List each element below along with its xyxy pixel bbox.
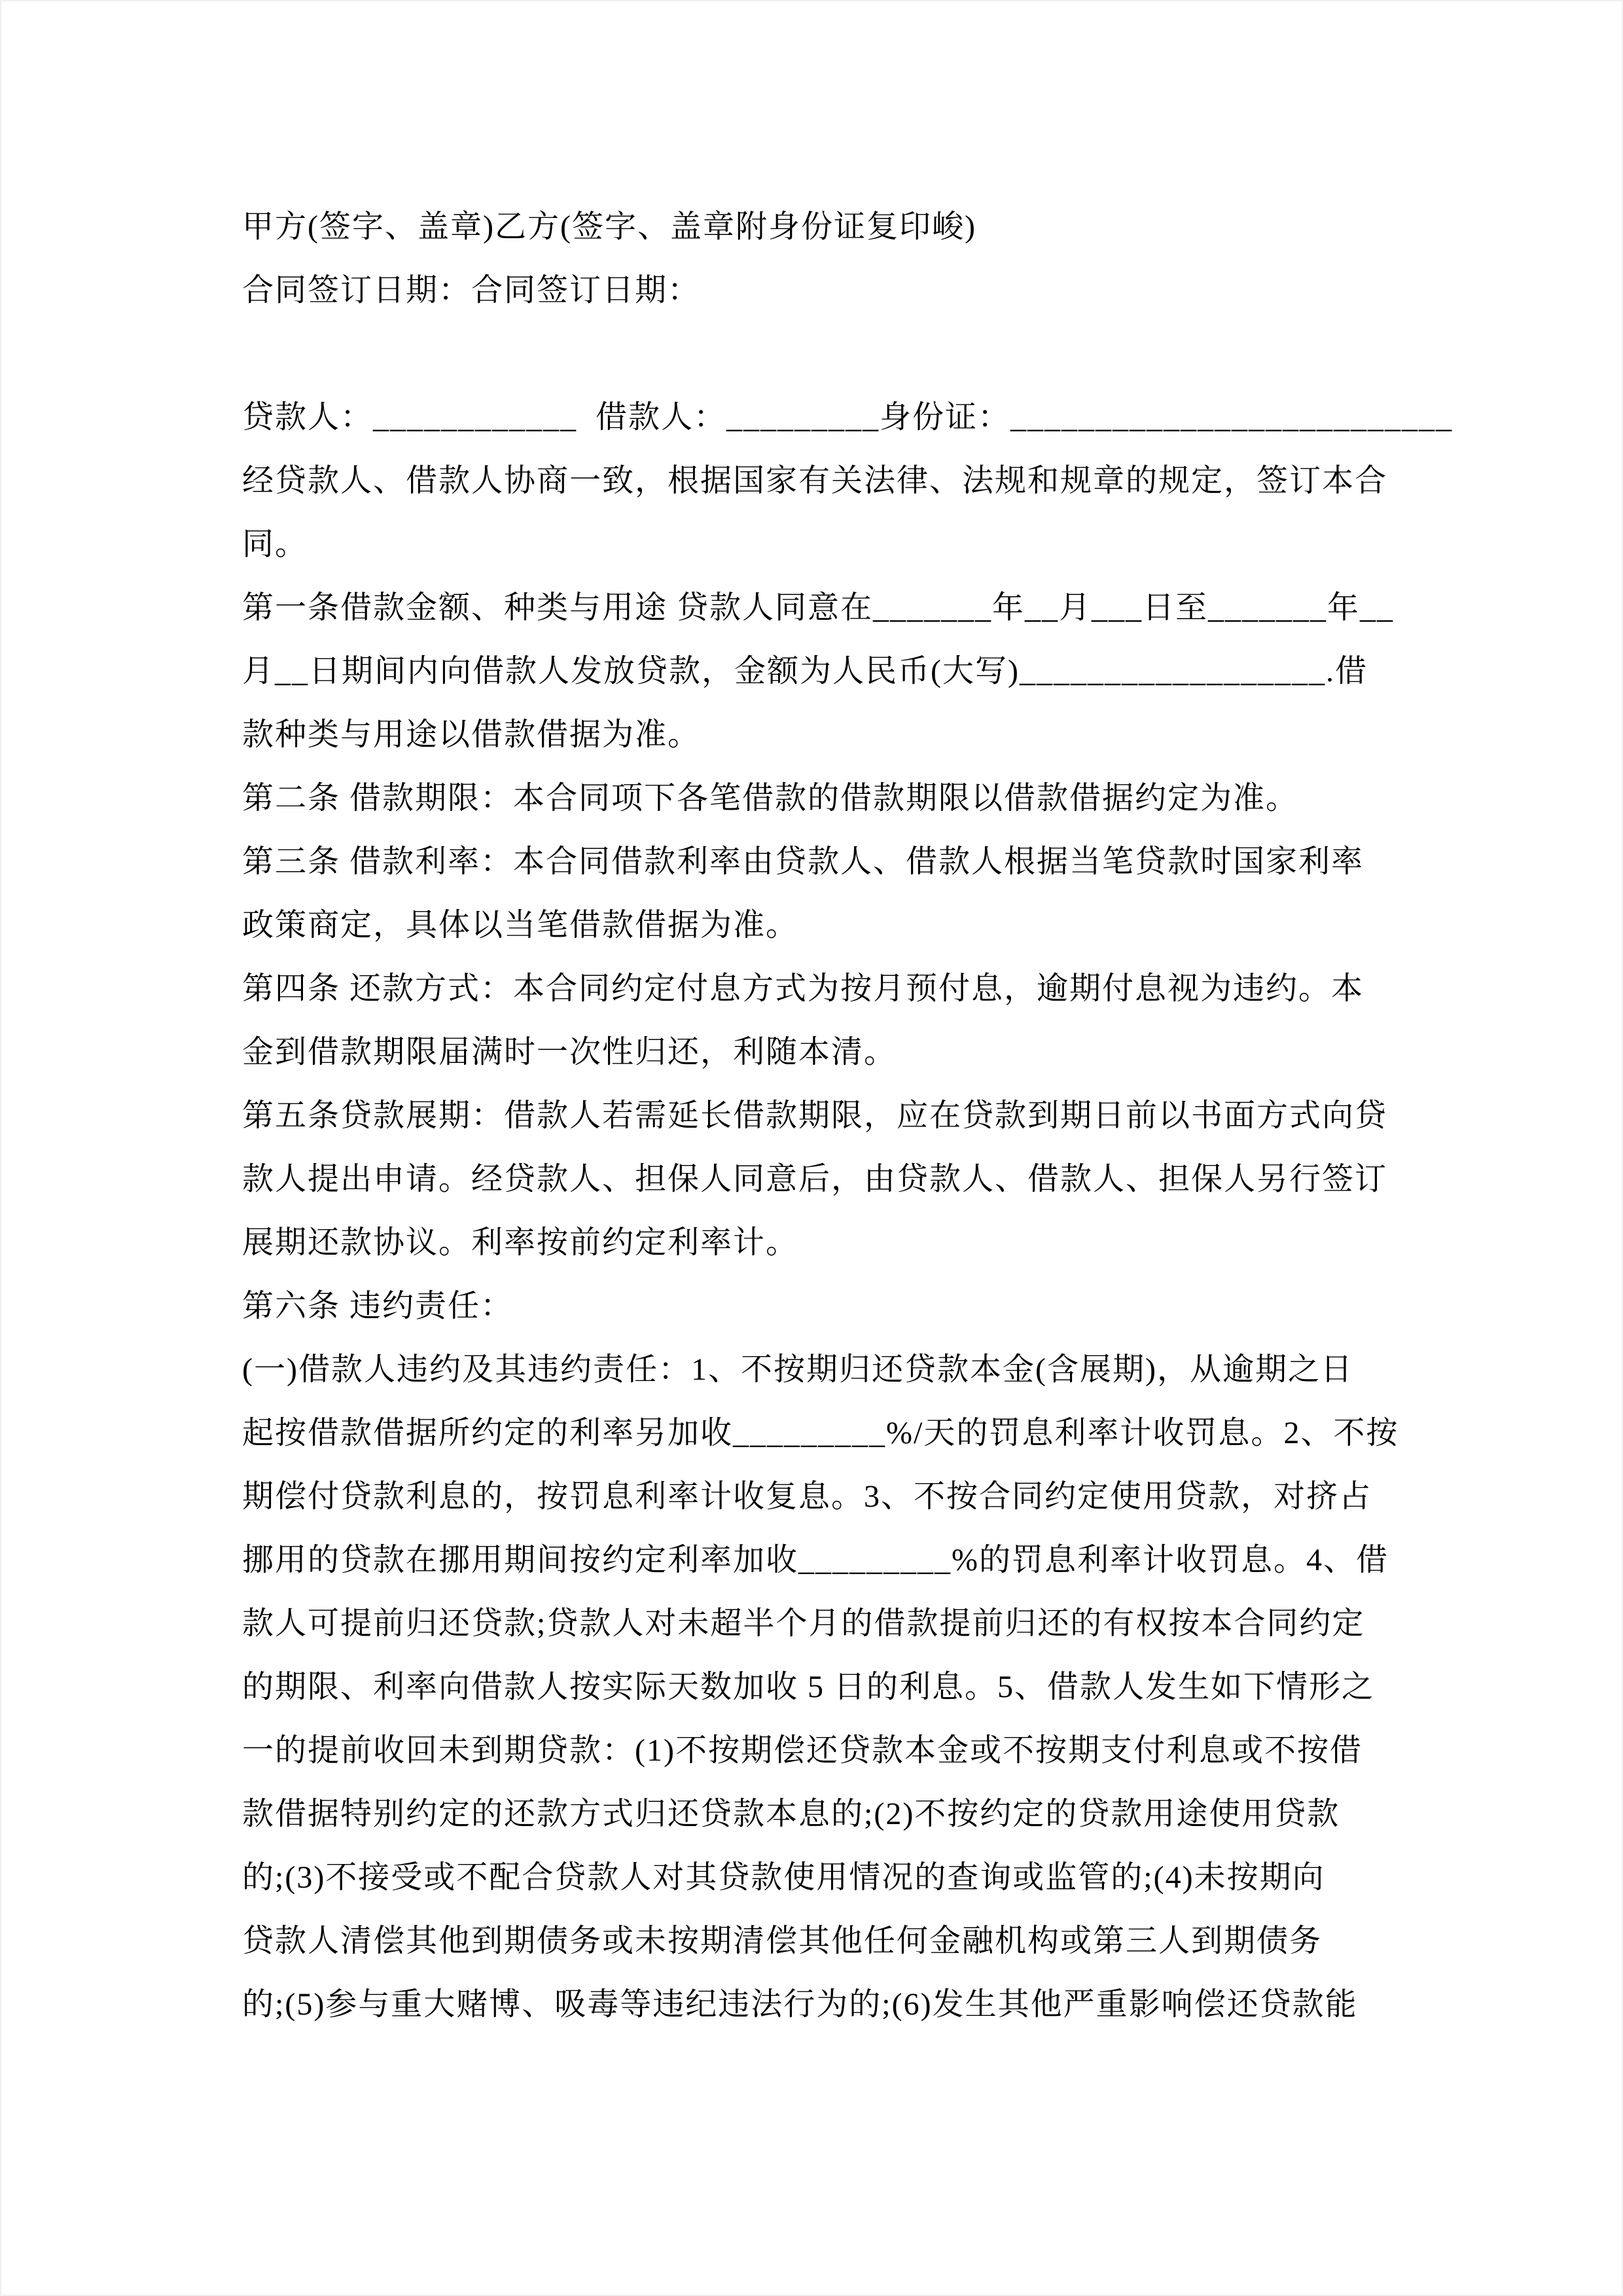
doc-line-article4-1: 第四条 还款方式：本合同约定付息方式为按月预付息，逾期付息视为违约。本 — [242, 957, 1394, 1020]
doc-line-article5-2: 款人提出申请。经贷款人、担保人同意后，由贷款人、借款人、担保人另行签订 — [242, 1147, 1394, 1211]
document-page: 甲方(签字、盖章)乙方(签字、盖章附身份证复印峻) 合同签订日期：合同签订日期：… — [0, 0, 1623, 2296]
doc-line-article1-2: 月__日期间内向借款人发放贷款，金额为人民币(大写)______________… — [242, 639, 1394, 703]
doc-line-article3-2: 政策商定，具体以当笔借款借据为准。 — [242, 893, 1394, 957]
doc-line-article6-1: (一)借款人违约及其违约责任：1、不按期归还贷款本金(含展期)，从逾期之日 — [242, 1338, 1394, 1401]
doc-line-article6-6: 的期限、利率向借款人按实际天数加收 5 日的利息。5、借款人发生如下情形之 — [242, 1655, 1394, 1719]
doc-line-article6-9: 的;(3)不接受或不配合贷款人对其贷款使用情况的查询或监管的;(4)未按期向 — [242, 1846, 1394, 1909]
doc-line-article3-1: 第三条 借款利率：本合同借款利率由贷款人、借款人根据当笔贷款时国家利率 — [242, 830, 1394, 893]
doc-line-article6-title: 第六条 违约责任： — [242, 1274, 1394, 1338]
document-body: 甲方(签字、盖章)乙方(签字、盖章附身份证复印峻) 合同签订日期：合同签订日期：… — [242, 195, 1394, 2036]
doc-line-lender-borrower-id: 贷款人：____________ 借款人：_________身份证：______… — [242, 386, 1394, 449]
doc-line-article2: 第二条 借款期限：本合同项下各笔借款的借款期限以借款借据约定为准。 — [242, 766, 1394, 830]
doc-line-signature-parties: 甲方(签字、盖章)乙方(签字、盖章附身份证复印峻) — [242, 195, 1394, 259]
doc-line-preamble-1: 经贷款人、借款人协商一致，根据国家有关法律、法规和规章的规定，签订本合 — [242, 449, 1394, 512]
doc-line-article6-8: 款借据特别约定的还款方式归还贷款本息的;(2)不按约定的贷款用途使用贷款 — [242, 1782, 1394, 1846]
doc-line-preamble-2: 同。 — [242, 512, 1394, 576]
doc-line-article6-3: 期偿付贷款利息的，按罚息利率计收复息。3、不按合同约定使用贷款，对挤占 — [242, 1465, 1394, 1528]
doc-line-article6-10: 贷款人清偿其他到期债务或未按期清偿其他任何金融机构或第三人到期债务 — [242, 1909, 1394, 1973]
doc-line-article4-2: 金到借款期限届满时一次性归还，利随本清。 — [242, 1020, 1394, 1084]
doc-line-article6-2: 起按借款借据所约定的利率另加收_________%/天的罚息利率计收罚息。2、不… — [242, 1401, 1394, 1465]
doc-line-article1-3: 款种类与用途以借款借据为准。 — [242, 703, 1394, 766]
doc-line-article5-3: 展期还款协议。利率按前约定利率计。 — [242, 1211, 1394, 1274]
doc-line-article1-1: 第一条借款金额、种类与用途 贷款人同意在_______年__月___日至____… — [242, 576, 1394, 639]
doc-line-article6-4: 挪用的贷款在挪用期间按约定利率加收_________%的罚息利率计收罚息。4、借 — [242, 1528, 1394, 1592]
doc-line-article5-1: 第五条贷款展期：借款人若需延长借款期限，应在贷款到期日前以书面方式向贷 — [242, 1084, 1394, 1147]
doc-line-sign-date: 合同签订日期：合同签订日期： — [242, 259, 1394, 322]
doc-line-blank — [242, 322, 1394, 386]
doc-line-article6-7: 一的提前收回未到期贷款：(1)不按期偿还贷款本金或不按期支付利息或不按借 — [242, 1719, 1394, 1782]
doc-line-article6-11: 的;(5)参与重大赌博、吸毒等违纪违法行为的;(6)发生其他严重影响偿还贷款能 — [242, 1973, 1394, 2036]
doc-line-article6-5: 款人可提前归还贷款;贷款人对未超半个月的借款提前归还的有权按本合同约定 — [242, 1592, 1394, 1655]
